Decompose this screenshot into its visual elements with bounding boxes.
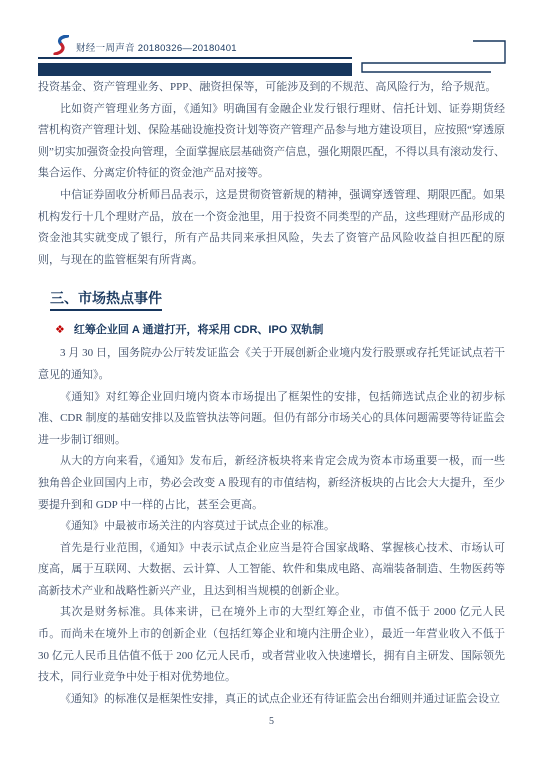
- paragraph: 《通知》中最被市场关注的内容莫过于试点企业的标准。: [38, 516, 505, 538]
- paragraph: 从大的方向来看，《通知》发布后，新经济板块将来肯定会成为资本市场重要一极，而一些…: [38, 451, 505, 516]
- page-number: 5: [269, 716, 274, 727]
- bullet-item: ❖ 红筹企业回 A 通道打开，将采用 CDR、IPO 双轨制: [38, 321, 505, 339]
- paragraph: 《通知》的标准仅是框架性安排，真正的试点企业还有待证监会出台细则并通过证监会设立: [38, 689, 505, 711]
- section-paragraphs: 3 月 30 日，国务院办公厅转发证监会《关于开展创新企业境内发行股票或存托凭证…: [38, 343, 505, 710]
- intro-paragraphs: 投资基金、资产管理业务、PPP、融资担保等，可能涉及到的不规范、高风险行为，给予…: [38, 77, 505, 271]
- page-header: 财经一周声音 20180326—20180401: [53, 35, 237, 55]
- diamond-bullet-icon: ❖: [55, 321, 65, 339]
- page-footer: 5: [0, 711, 543, 729]
- bullet-title: 红筹企业回 A 通道打开，将采用 CDR、IPO 双轨制: [74, 321, 324, 339]
- document-body: 投资基金、资产管理业务、PPP、融资担保等，可能涉及到的不规范、高风险行为，给予…: [38, 77, 505, 710]
- paragraph: 《通知》对红筹企业回归境内资本市场提出了框架性的安排，包括筛选试点企业的初步标准…: [38, 387, 505, 452]
- brand-logo-icon: [53, 35, 69, 55]
- paragraph: 中信证券固收分析师吕品表示，这是贯彻资管新规的精神，强调穿透管理、期限匹配。如果…: [38, 185, 505, 271]
- document-page: 财经一周声音 20180326—20180401 投资基金、资产管理业务、PPP…: [0, 0, 543, 768]
- paragraph: 其次是财务标准。具体来讲，已在境外上市的大型红筹企业，市值不低于 2000 亿元…: [38, 602, 505, 688]
- header-title: 财经一周声音 20180326—20180401: [76, 43, 237, 55]
- header-navy-bar: [38, 63, 352, 76]
- paragraph: 3 月 30 日，国务院办公厅转发证监会《关于开展创新企业境内发行股票或存托凭证…: [38, 343, 505, 386]
- paragraph: 首先是行业范围，《通知》中表示试点企业应当是符合国家战略、掌握核心技术、市场认可…: [38, 538, 505, 603]
- paragraph: 投资基金、资产管理业务、PPP、融资担保等，可能涉及到的不规范、高风险行为，给予…: [38, 77, 505, 99]
- paragraph: 比如资产管理业务方面，《通知》明确国有金融企业发行银行理财、信托计划、证券期货经…: [38, 99, 505, 185]
- section-heading: 三、市场热点事件: [50, 288, 162, 311]
- header-rule: [38, 57, 352, 59]
